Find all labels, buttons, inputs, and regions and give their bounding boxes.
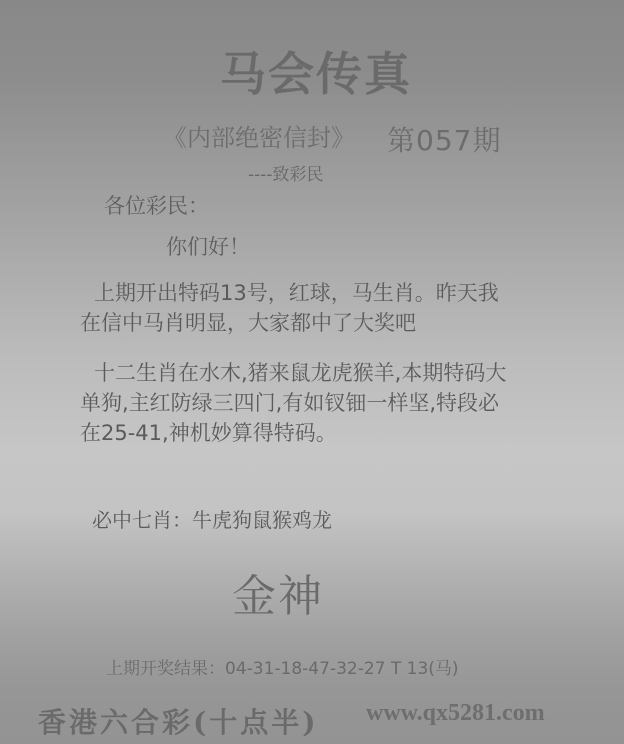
last-draw-result: 上期开奖结果：04-31-18-47-32-27 T 13(马) — [106, 654, 459, 679]
footer-url: www.qx5281.com — [366, 700, 545, 727]
paragraph-line: 在信中马肖明显，大家都中了大奖吧 — [80, 308, 580, 338]
salutation: 各位彩民： — [104, 190, 209, 220]
author-name: 金神 — [232, 560, 324, 624]
paragraph-last-issue: 上期开出特码13号，红球，马生肖。昨天我 在信中马肖明显，大家都中了大奖吧 — [80, 278, 580, 338]
paragraph-line: 单狗,主红防绿三四门,有如钗钿一样坚,特段必 — [80, 388, 580, 418]
issue-number: 第057期 — [387, 119, 501, 159]
footer-brand: 香港六合彩(十点半) — [38, 701, 319, 741]
page-title: 马会传真 — [0, 38, 624, 104]
paragraph-line: 上期开出特码13号，红球，马生肖。昨天我 — [80, 278, 580, 308]
signature: ----致彩民 — [248, 160, 324, 185]
paragraph-line: 十二生肖在水木,猪来鼠龙虎猴羊,本期特码大 — [80, 358, 580, 388]
subtitle: 《内部绝密信封》 — [163, 118, 355, 153]
hello-text: 你们好！ — [166, 231, 250, 261]
paragraph-line: 在25-41,神机妙算得特码。 — [80, 418, 580, 448]
paragraph-prediction: 十二生肖在水木,猪来鼠龙虎猴羊,本期特码大 单狗,主红防绿三四门,有如钗钿一样坚… — [80, 358, 580, 448]
seven-zodiacs: 必中七肖：牛虎狗鼠猴鸡龙 — [92, 504, 332, 533]
